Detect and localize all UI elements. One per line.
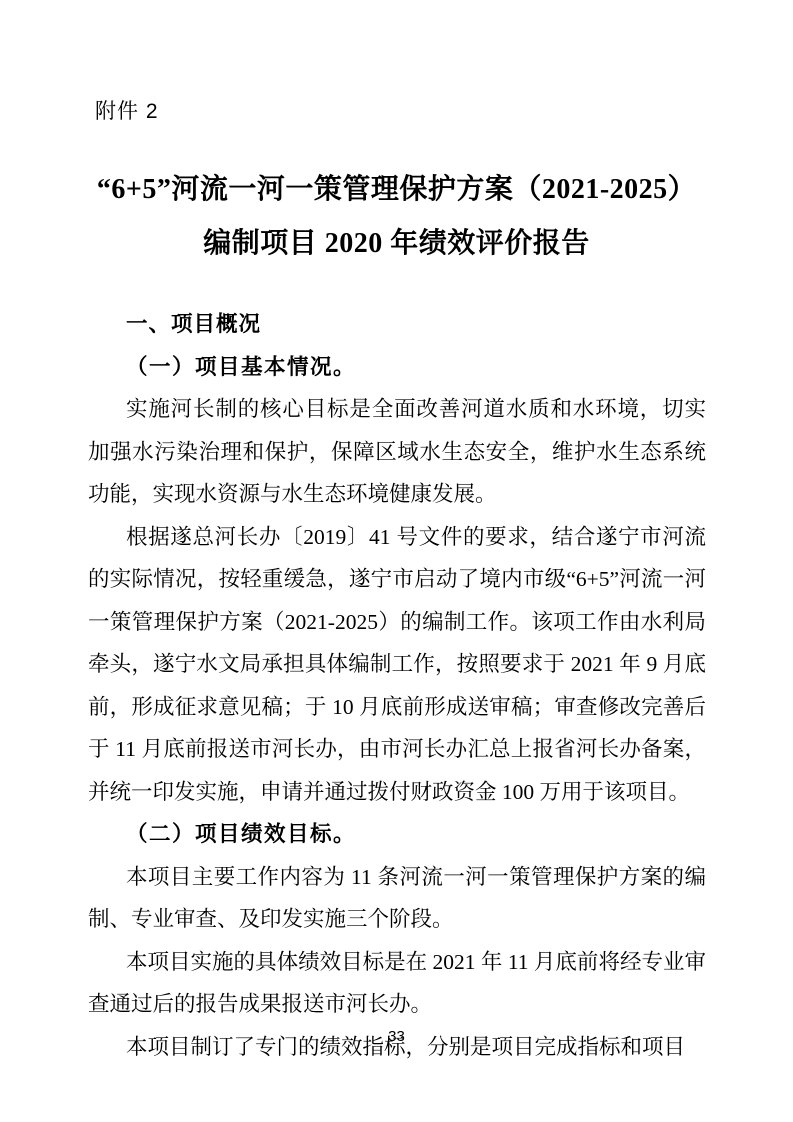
subsection-heading-basic-situation: （一）项目基本情况。 xyxy=(88,346,706,389)
paragraph-specific-performance-target: 本项目实施的具体绩效目标是在 2021 年 11 月底前将经专业审查通过后的报告… xyxy=(88,941,706,1026)
document-title-line-1: “6+5”河流一河一策管理保护方案（2021-2025） xyxy=(97,174,696,205)
page-number: 33 xyxy=(0,1028,793,1046)
document-body: 一、项目概况 （一）项目基本情况。 实施河长制的核心目标是全面改善河道水质和水环… xyxy=(88,303,706,1068)
section-heading-project-overview: 一、项目概况 xyxy=(88,303,706,346)
document-title: “6+5”河流一河一策管理保护方案（2021-2025） 编制项目 2020 年… xyxy=(44,163,749,271)
subsection-heading-performance-targets: （二）项目绩效目标。 xyxy=(88,813,706,856)
document-page: 附件 2 “6+5”河流一河一策管理保护方案（2021-2025） 编制项目 2… xyxy=(0,0,793,1122)
attachment-label: 附件 2 xyxy=(95,98,159,126)
document-title-line-2: 编制项目 2020 年绩效评价报告 xyxy=(203,228,590,259)
paragraph-main-work-content: 本项目主要工作内容为 11 条河流一河一策管理保护方案的编制、专业审查、及印发实… xyxy=(88,856,706,941)
paragraph-project-background: 根据遂总河长办〔2019〕41 号文件的要求，结合遂宁市河流的实际情况，按轻重缓… xyxy=(88,516,706,814)
paragraph-river-chief-goal: 实施河长制的核心目标是全面改善河道水质和水环境，切实加强水污染治理和保护，保障区… xyxy=(88,388,706,516)
